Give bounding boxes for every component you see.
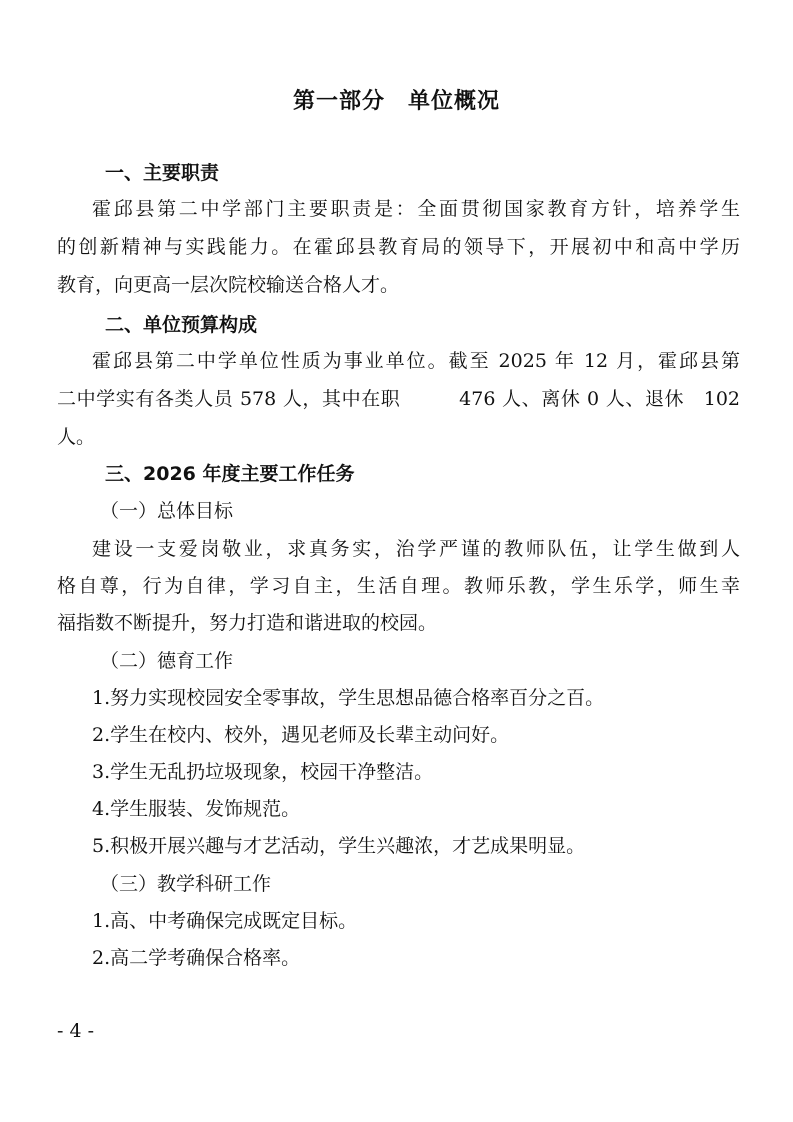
document-page: 第一部分 单位概况 一、主要职责 霍邱县第二中学部门主要职责是：全面贯彻国家教育… (0, 0, 793, 1122)
paragraph-line: 人。 (57, 425, 95, 449)
subsection-heading-moral-education: （二）德育工作 (100, 649, 233, 673)
page-number: - 4 - (57, 1020, 94, 1042)
section-heading-main-duties: 一、主要职责 (105, 161, 219, 185)
list-item: 4.学生服装、发饰规范。 (92, 797, 300, 821)
list-item: 2.学生在校内、校外，遇见老师及长辈主动问好。 (92, 723, 509, 747)
paragraph-line: 教育，向更高一层次院校输送合格人才。 (57, 273, 399, 297)
paragraph-line: 格自尊，行为自律，学习自主，生活自理。教师乐教，学生乐学，师生幸 (57, 574, 740, 598)
subsection-heading-overall-goal: （一）总体目标 (100, 499, 233, 523)
paragraph-line: 霍邱县第二中学部门主要职责是：全面贯彻国家教育方针，培养学生 (57, 197, 740, 221)
paragraph-line: 建设一支爱岗敬业，求真务实，治学严谨的教师队伍，让学生做到人 (57, 537, 740, 561)
paragraph-line: 的创新精神与实践能力。在霍邱县教育局的领导下，开展初中和高中学历 (57, 235, 740, 259)
paragraph-line: 二中学实有各类人员 578 人，其中在职 476 人、离休 0 人、退休 102 (57, 387, 740, 411)
list-item: 1.高、中考确保完成既定目标。 (92, 909, 357, 933)
list-item: 1.努力实现校园安全零事故，学生思想品德合格率百分之百。 (92, 686, 604, 710)
section-heading-budget-composition: 二、单位预算构成 (105, 313, 257, 337)
paragraph-line: 霍邱县第二中学单位性质为事业单位。截至 2025 年 12 月，霍邱县第 (57, 349, 740, 373)
paragraph-line: 福指数不断提升，努力打造和谐进取的校园。 (57, 611, 437, 635)
page-title: 第一部分 单位概况 (0, 84, 793, 115)
section-heading-2026-tasks: 三、2026 年度主要工作任务 (105, 462, 355, 486)
list-item: 5.积极开展兴趣与才艺活动，学生兴趣浓，才艺成果明显。 (92, 834, 585, 858)
list-item: 2.高二学考确保合格率。 (92, 946, 300, 970)
list-item: 3.学生无乱扔垃圾现象，校园干净整洁。 (92, 760, 433, 784)
subsection-heading-teaching-research: （三）教学科研工作 (100, 872, 271, 896)
